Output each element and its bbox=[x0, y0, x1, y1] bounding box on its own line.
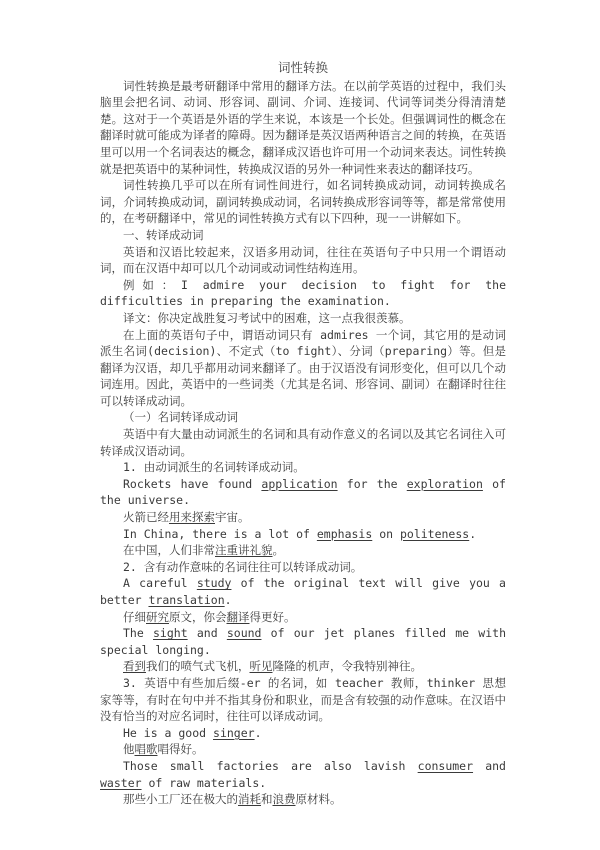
paragraph: 一、转译成动词 bbox=[100, 227, 506, 244]
text-run: 词性转换是最考研翻译中常用的翻译方法。在以前学英语的过程中，我们头脑里会把名词、… bbox=[100, 79, 506, 176]
underlined-term: sound bbox=[227, 626, 262, 640]
underlined-term: 注重讲礼貌 bbox=[215, 543, 273, 557]
paragraph: In China, there is a lot of emphasis on … bbox=[100, 526, 506, 543]
paragraph: 1. 由动词派生的名词转译成动词。 bbox=[100, 459, 506, 476]
text-run: 得更好。 bbox=[250, 610, 296, 624]
text-run: 一、转译成动词 bbox=[123, 228, 204, 242]
paragraph: 词性转换几乎可以在所有词性间进行，如名词转换成动词，动词转换成名词，介词转换成动… bbox=[100, 177, 506, 227]
paragraph: 那些小工厂还在极大的消耗和浪费原材料。 bbox=[100, 791, 506, 808]
text-run: on bbox=[372, 527, 400, 541]
text-run: Rockets have found bbox=[123, 477, 261, 491]
paragraph: 3. 英语中有些加后缀-er 的名词，如 teacher 教师，thinker … bbox=[100, 675, 506, 725]
document-page: 词性转换 词性转换是最考研翻译中常用的翻译方法。在以前学英语的过程中，我们头脑里… bbox=[0, 0, 600, 850]
text-run: （一）名词转译成动词 bbox=[123, 410, 238, 424]
underlined-term: exploration bbox=[407, 477, 483, 491]
paragraph: 译文：你决定战胜复习考试中的困难，这一点我很羡慕。 bbox=[100, 310, 506, 327]
text-run: . bbox=[225, 593, 232, 607]
underlined-term: consumer bbox=[418, 759, 473, 773]
underlined-term: translation bbox=[148, 593, 224, 607]
underlined-term: sight bbox=[153, 626, 188, 640]
paragraph: （一）名词转译成动词 bbox=[100, 409, 506, 426]
paragraph: Those small factories are also lavish co… bbox=[100, 758, 506, 791]
text-run: 英语中有大量由动词派生的名词和具有动作意义的名词以及其它名词往入可转译成汉语动词… bbox=[100, 427, 506, 458]
text-run: of raw materials. bbox=[142, 776, 267, 790]
underlined-term: 看到 bbox=[123, 659, 146, 673]
paragraph: 火箭已经用来探索宇宙。 bbox=[100, 509, 506, 526]
paragraph: 仔细研究原文，你会翻译得更好。 bbox=[100, 609, 506, 626]
underlined-term: 唱歌 bbox=[135, 742, 158, 756]
underlined-term: 消耗 bbox=[238, 792, 261, 806]
underlined-term: waster bbox=[100, 776, 142, 790]
paragraph: 在中国，人们非常注重讲礼貌。 bbox=[100, 542, 506, 559]
underlined-term: 翻译 bbox=[227, 610, 250, 624]
paragraph: 看到我们的喷气式飞机，听见隆隆的机声，令我特别神往。 bbox=[100, 658, 506, 675]
text-run: . bbox=[255, 726, 262, 740]
text-run: In China, there is a lot of bbox=[123, 527, 317, 541]
text-run: 在中国，人们非常 bbox=[123, 543, 215, 557]
underlined-term: study bbox=[197, 576, 232, 590]
text-run: 仔细 bbox=[123, 610, 146, 624]
text-run: 隆隆的机声，令我特别神往。 bbox=[273, 659, 423, 673]
underlined-term: 用来探索 bbox=[169, 510, 215, 524]
paragraph: 词性转换是最考研翻译中常用的翻译方法。在以前学英语的过程中，我们头脑里会把名词、… bbox=[100, 78, 506, 178]
text-run: and bbox=[188, 626, 227, 640]
text-run: Those small factories are also lavish bbox=[123, 759, 418, 773]
text-run: 。 bbox=[273, 543, 285, 557]
text-run: for the bbox=[338, 477, 407, 491]
text-run: 那些小工厂还在极大的 bbox=[123, 792, 238, 806]
text-run: 他 bbox=[123, 742, 135, 756]
underlined-term: politeness bbox=[400, 527, 469, 541]
text-run: 我们的喷气式飞机， bbox=[146, 659, 250, 673]
text-run: He is a good bbox=[123, 726, 213, 740]
paragraph: 在上面的英语句子中，谓语动词只有 admires 一个词，其它用的是动词派生名词… bbox=[100, 327, 506, 410]
text-run: A careful bbox=[123, 576, 197, 590]
text-run: 3. 英语中有些加后缀-er 的名词，如 teacher 教师，thinker … bbox=[100, 676, 506, 723]
paragraph: 例如：I admire your decision to fight for t… bbox=[100, 277, 506, 310]
paragraph: 2. 含有动作意味的名词往往可以转译成动词。 bbox=[100, 559, 506, 576]
text-run: 唱得好。 bbox=[158, 742, 204, 756]
text-run: . bbox=[469, 527, 476, 541]
text-run: 火箭已经 bbox=[123, 510, 169, 524]
page-title: 词性转换 bbox=[100, 60, 506, 77]
text-run: 英语和汉语比较起来，汉语多用动词，往往在英语句子中只用一个谓语动词，而在汉语中却… bbox=[100, 245, 506, 276]
text-run: 译文：你决定战胜复习考试中的困难，这一点我很羡慕。 bbox=[123, 311, 411, 325]
text-run: 1. 由动词派生的名词转译成动词。 bbox=[123, 460, 305, 474]
underlined-term: emphasis bbox=[317, 527, 372, 541]
underlined-term: 研究 bbox=[146, 610, 169, 624]
underlined-term: singer bbox=[213, 726, 255, 740]
paragraph: 英语和汉语比较起来，汉语多用动词，往往在英语句子中只用一个谓语动词，而在汉语中却… bbox=[100, 244, 506, 277]
underlined-term: application bbox=[261, 477, 337, 491]
text-run: and bbox=[473, 759, 506, 773]
text-run: 宇宙。 bbox=[215, 510, 250, 524]
text-run: 词性转换几乎可以在所有词性间进行，如名词转换成动词，动词转换成名词，介词转换成动… bbox=[100, 178, 506, 225]
text-run: 原文，你会 bbox=[169, 610, 227, 624]
document-body: 词性转换是最考研翻译中常用的翻译方法。在以前学英语的过程中，我们头脑里会把名词、… bbox=[100, 78, 506, 808]
paragraph: He is a good singer. bbox=[100, 725, 506, 742]
underlined-term: 浪费 bbox=[273, 792, 296, 806]
paragraph: The sight and sound of our jet planes fi… bbox=[100, 625, 506, 658]
paragraph: Rockets have found application for the e… bbox=[100, 476, 506, 509]
text-run: 和 bbox=[261, 792, 273, 806]
text-run: 在上面的英语句子中，谓语动词只有 admires 一个词，其它用的是动词派生名词… bbox=[100, 328, 506, 408]
text-run: 例如：I admire your decision to fight for t… bbox=[100, 278, 506, 309]
paragraph: A careful study of the original text wil… bbox=[100, 575, 506, 608]
text-run: 2. 含有动作意味的名词往往可以转译成动词。 bbox=[123, 560, 362, 574]
text-run: The bbox=[123, 626, 153, 640]
paragraph: 英语中有大量由动词派生的名词和具有动作意义的名词以及其它名词往入可转译成汉语动词… bbox=[100, 426, 506, 459]
paragraph: 他唱歌唱得好。 bbox=[100, 741, 506, 758]
text-run: 原材料。 bbox=[296, 792, 342, 806]
underlined-term: 听见 bbox=[250, 659, 273, 673]
